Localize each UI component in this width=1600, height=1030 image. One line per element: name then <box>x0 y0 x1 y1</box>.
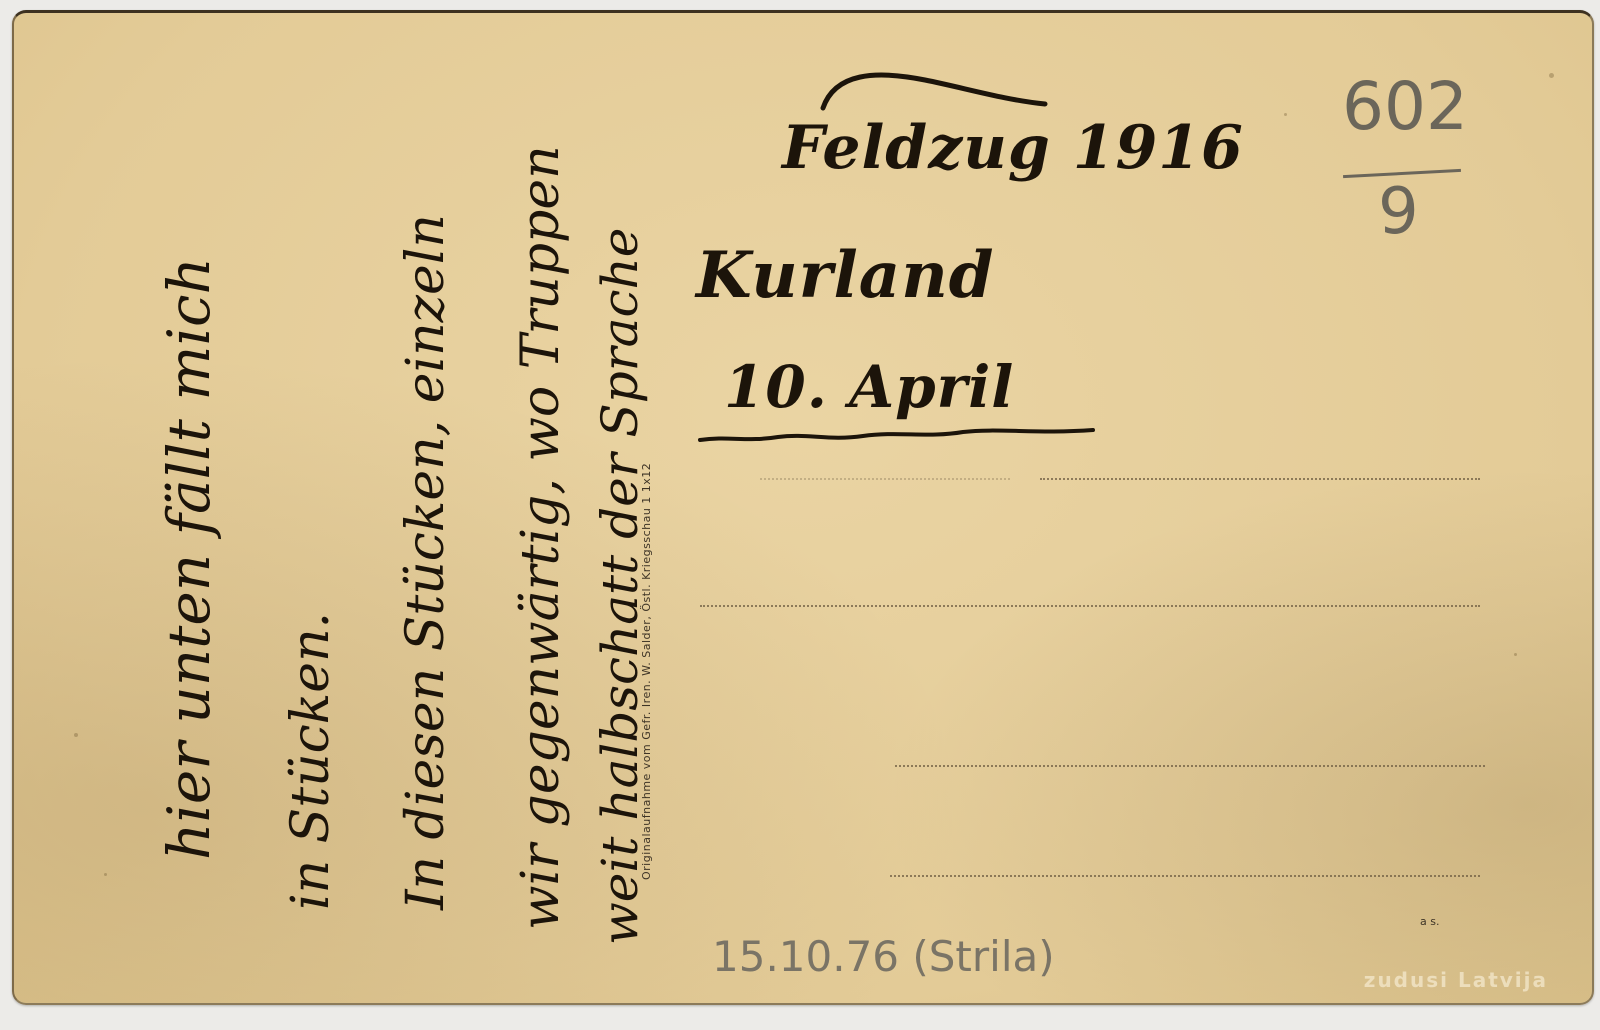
printed-imprint: Originalaufnahme vom Gefr. Iren. W. Sald… <box>640 463 653 880</box>
feldzug-flourish <box>815 68 1055 118</box>
paper-speck <box>104 873 107 876</box>
paper-speck <box>1284 113 1287 116</box>
message-column-2: in Stücken. <box>285 612 337 910</box>
message-column-3: In diesen Stücken, einzeln <box>400 214 452 910</box>
message-column-1: hier unten fällt mich <box>160 257 218 860</box>
address-line-1-faded <box>760 478 1010 480</box>
date-underline <box>698 418 1098 448</box>
watermark: zudusi Latvija <box>1364 968 1548 992</box>
header-date: 10. April <box>724 358 1014 416</box>
message-column-5: weit halbschatt der Sprache <box>595 228 645 945</box>
printer-mark: a s. <box>1420 915 1439 928</box>
header-kurland: Kurland <box>696 244 995 308</box>
paper-speck <box>1549 73 1554 78</box>
archive-number-bottom: 9 <box>1378 180 1419 244</box>
message-column-4: wir gegenwärtig, wo Truppen <box>515 145 567 930</box>
address-line-2 <box>700 605 1480 607</box>
pencil-note: 15.10.76 (Strila) <box>712 936 1055 978</box>
archive-number-top: 602 <box>1342 74 1468 140</box>
address-line-4 <box>890 875 1480 877</box>
address-line-3 <box>895 765 1485 767</box>
header-feldzug: Feldzug 1916 <box>782 118 1244 178</box>
paper-speck <box>74 733 78 737</box>
paper-speck <box>1514 653 1517 656</box>
address-line-1 <box>1040 478 1480 480</box>
